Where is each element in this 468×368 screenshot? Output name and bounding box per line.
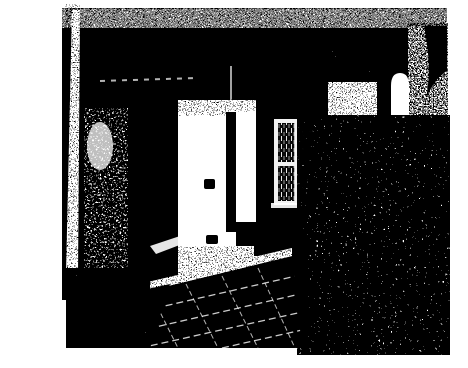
planter-speckle: [66, 268, 150, 348]
top-edge-speckle-band: [62, 9, 447, 29]
door-leaf: [84, 108, 128, 278]
cabinet-handle-lower: [206, 235, 218, 244]
scanned-page: Black-and-white dithered halftone photog…: [0, 0, 468, 368]
cabinet-divider-shadow: [226, 112, 236, 232]
utility-cabinet: [178, 100, 256, 246]
cabinet-right-panel-shadow: [236, 222, 256, 246]
cabinet-right-panel: [236, 112, 256, 222]
planter: [66, 268, 150, 348]
photo-canvas: Black-and-white dithered halftone photog…: [0, 0, 468, 368]
halftone-photo: Black-and-white dithered halftone photog…: [0, 0, 468, 368]
door-leaf-highlight: [87, 122, 113, 170]
cabinet-handle-upper: [204, 179, 215, 189]
foliage: [300, 120, 447, 350]
